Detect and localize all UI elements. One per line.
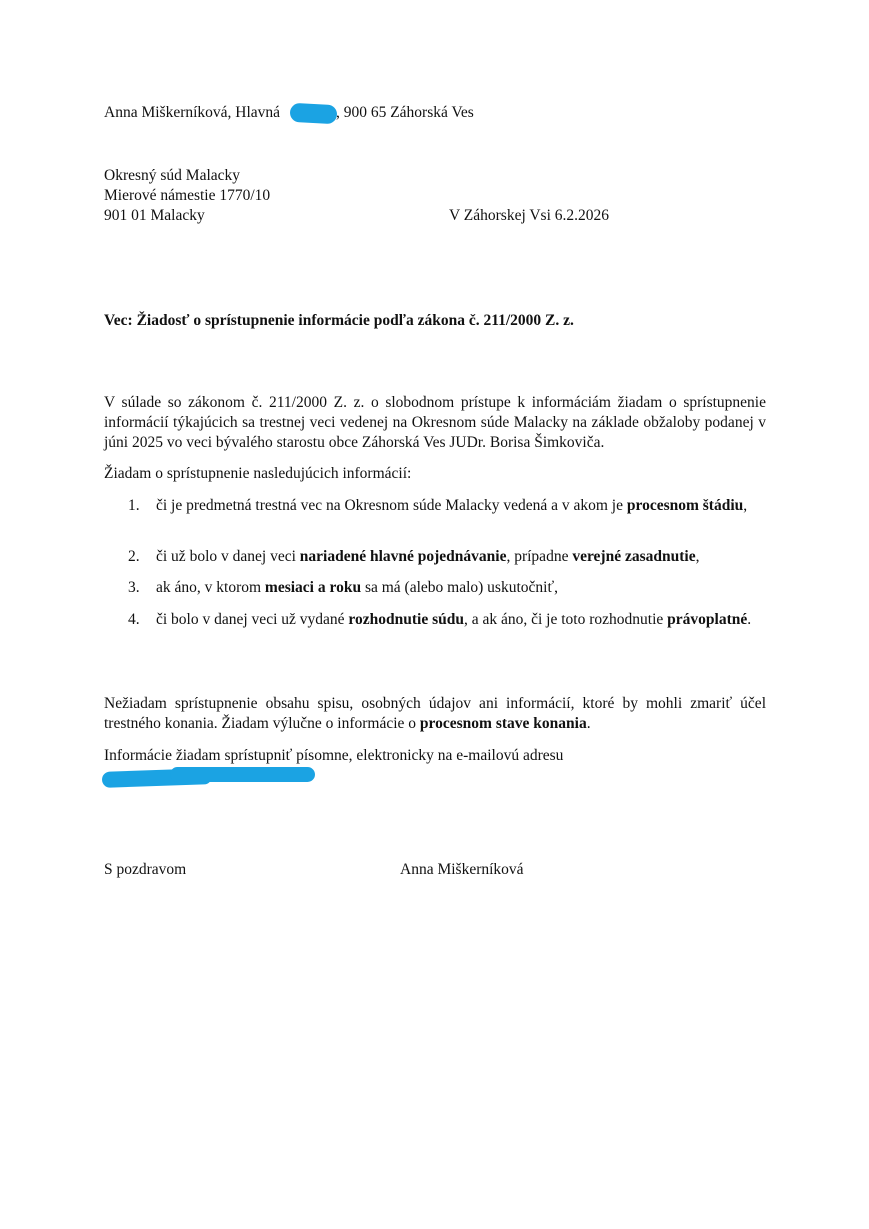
request-text-part: ak áno, v ktorom [156,579,265,596]
request-item: 1.či je predmetná trestná vec na Okresno… [128,496,766,516]
exclusion-end: . [587,715,591,732]
request-number: 2. [128,547,148,567]
request-item: 4.či bolo v danej veci už vydané rozhodn… [128,610,766,630]
signature: Anna Miškerníková [400,860,524,880]
request-text-part: či bolo v danej veci už vydané [156,611,348,628]
recipient-line-1: Okresný súd Malacky [104,166,240,186]
request-text-bold: mesiaci a roku [265,579,361,596]
sender-line: Anna Miškerníková, Hlavná , 900 65 Záhor… [104,103,474,123]
sender-name-street: Anna Miškerníková, Hlavná [104,104,284,121]
request-text-part: , [743,497,747,514]
redaction-mark-email-2 [170,767,315,782]
request-text-part: . [747,611,751,628]
request-text-part: , a ak áno, či je toto rozhodnutie [464,611,667,628]
exclusion-paragraph: Nežiadam sprístupnenie obsahu spisu, oso… [104,694,766,734]
request-text: ak áno, v ktorom mesiaci a roku sa má (a… [156,578,766,598]
recipient-line-2: Mierové námestie 1770/10 [104,186,270,206]
request-item: 3.ak áno, v ktorom mesiaci a roku sa má … [128,578,766,598]
request-text-part: , prípadne [506,548,572,565]
subject-line: Vec: Žiadosť o sprístupnenie informácie … [104,311,574,331]
request-text-bold: rozhodnutie súdu [348,611,464,628]
request-intro: Žiadam o sprístupnenie nasledujúcich inf… [104,464,411,484]
request-text: či bolo v danej veci už vydané rozhodnut… [156,610,766,630]
request-text-part: sa má (alebo malo) uskutočniť, [361,579,558,596]
request-text-bold: právoplatné [667,611,747,628]
request-text: či už bolo v danej veci nariadené hlavné… [156,547,766,567]
place-date: V Záhorskej Vsi 6.2.2026 [449,206,609,226]
request-text-part: , [696,548,700,565]
request-text: či je predmetná trestná vec na Okresnom … [156,496,766,516]
request-item: 2.či už bolo v danej veci nariadené hlav… [128,547,766,567]
request-number: 3. [128,578,148,598]
closing: S pozdravom [104,860,186,880]
request-text-bold: procesnom štádiu [627,497,743,514]
request-text-bold: nariadené hlavné pojednávanie [300,548,507,565]
exclusion-bold: procesnom stave konania [420,715,587,732]
delivery-paragraph: Informácie žiadam sprístupniť písomne, e… [104,746,563,766]
sender-city: , 900 65 Záhorská Ves [336,104,474,121]
request-number: 4. [128,610,148,630]
intro-paragraph: V súlade so zákonom č. 211/2000 Z. z. o … [104,393,766,453]
recipient-line-3: 901 01 Malacky [104,206,205,226]
request-text-part: či už bolo v danej veci [156,548,300,565]
request-text-bold: verejné zasadnutie [572,548,695,565]
request-number: 1. [128,496,148,516]
request-text-part: či je predmetná trestná vec na Okresnom … [156,497,627,514]
redaction-mark-address [290,103,338,124]
